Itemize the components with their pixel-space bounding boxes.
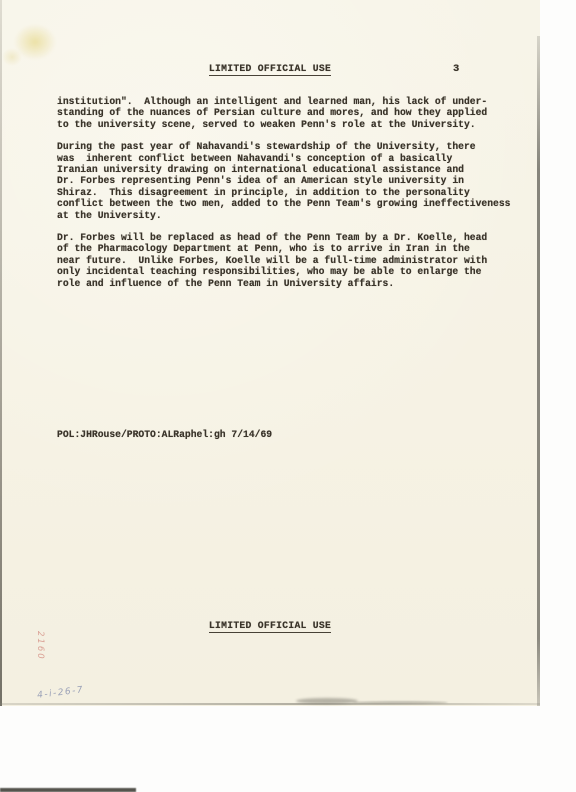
classification-footer: LIMITED OFFICIAL USE bbox=[0, 620, 540, 633]
document-paragraph: During the past year of Nahavandi's stew… bbox=[57, 141, 527, 221]
scanned-document: LIMITED OFFICIAL USE 3 institution". Alt… bbox=[0, 0, 576, 792]
scan-edge-artifact bbox=[0, 788, 136, 792]
bottom-edge-smudge bbox=[352, 701, 448, 704]
paper-edge-shadow bbox=[537, 36, 540, 706]
page-number: 3 bbox=[453, 63, 459, 75]
red-handwritten-mark: 2160 bbox=[35, 631, 45, 675]
blue-handwritten-mark: 4-i-26-7 bbox=[37, 681, 118, 701]
bottom-edge-smudge bbox=[296, 698, 358, 704]
document-body: institution". Although an intelligent an… bbox=[57, 96, 527, 300]
paper-sheet: LIMITED OFFICIAL USE 3 institution". Alt… bbox=[0, 0, 540, 706]
paper-left-edge bbox=[0, 0, 2, 706]
document-paragraph: institution". Although an intelligent an… bbox=[57, 96, 527, 130]
paper-bottom-edge bbox=[0, 703, 540, 705]
drafting-reference-line: POL:JHRouse/PROTO:ALRaphel:gh 7/14/69 bbox=[57, 429, 272, 440]
document-paragraph: Dr. Forbes will be replaced as head of t… bbox=[57, 232, 527, 289]
